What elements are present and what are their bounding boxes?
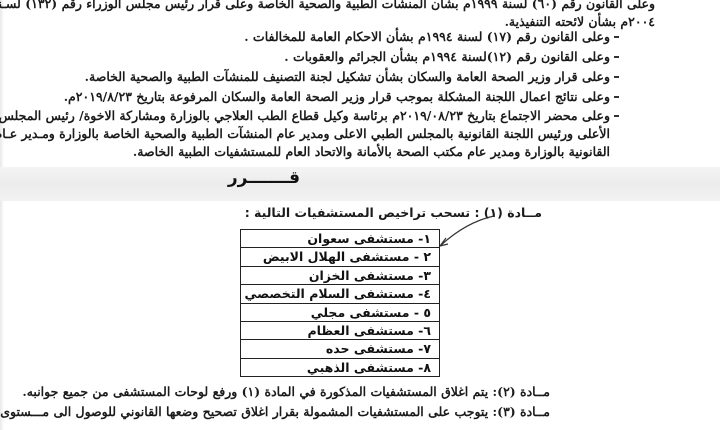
preamble-line: وعلى القانون رقم (١٢)لسنة ١٩٩٤م بشأن الج… bbox=[284, 49, 610, 65]
hospitals-table: ١- مستشفى سعوان ٢ - مستشفى الهلال الابيض… bbox=[240, 229, 440, 377]
decree-heading-band bbox=[0, 167, 720, 201]
bullet-dash-icon bbox=[614, 96, 619, 98]
document-page: وعلى القانون رقم (٦٠) لسنة ١٩٩٩م بشأن ال… bbox=[0, 0, 720, 430]
table-row: ١- مستشفى سعوان bbox=[241, 230, 439, 248]
table-row: ٢ - مستشفى الهلال الابيض bbox=[241, 248, 439, 266]
preamble-line: وعلى محضر الاجتماع بتاريخ ٢٠١٩/٠٨/٢٣م بر… bbox=[0, 108, 610, 124]
table-row: ٣- مستشفى الخزان bbox=[241, 267, 439, 285]
preamble-line: ٢٠٠٤م بشأن لائحته التنفيذية. bbox=[505, 14, 655, 30]
preamble-line: الأعلى ورئيس اللجنة القانونية بالمجلس ال… bbox=[0, 126, 610, 142]
page-edge-shadow bbox=[0, 0, 4, 430]
preamble-line: القانونية بالوزارة ومدير عام مكتب الصحة … bbox=[133, 144, 610, 160]
article-1: مــادة (١) : تسحب تراخيص المستشفيات التا… bbox=[245, 205, 542, 221]
article-3: مــادة (٣): يتوجب على المستشفيات المشمول… bbox=[0, 404, 550, 420]
preamble-line: وعلى نتائج اعمال اللجنة المشكلة بموجب قر… bbox=[64, 89, 610, 105]
decree-title: قـــــــرر bbox=[250, 168, 300, 188]
table-row: ٥ - مستشفى مجلي bbox=[241, 304, 439, 322]
bullet-dash-icon bbox=[614, 56, 619, 58]
table-row: ٦- مستشفى العظام bbox=[241, 322, 439, 340]
preamble-line: وعلى القانون رقم (١٧) لسنة ١٩٩٤م بشأن ال… bbox=[244, 29, 610, 45]
preamble-line: وعلى القانون رقم (٦٠) لسنة ١٩٩٩م بشأن ال… bbox=[0, 0, 655, 12]
bullet-dash-icon bbox=[614, 115, 619, 117]
bullet-dash-icon bbox=[614, 36, 619, 38]
table-row: ٧- مستشفى حده bbox=[241, 340, 439, 358]
bullet-dash-icon bbox=[614, 76, 619, 78]
table-row: ٨- مستشفى الذهبي bbox=[241, 359, 439, 376]
article-2: مــادة (٢): يتم اغلاق المستشفيات المذكور… bbox=[22, 384, 550, 400]
handwritten-arrow-icon bbox=[436, 212, 496, 252]
table-row: ٤- مستشفى السلام التخصصي bbox=[241, 285, 439, 303]
preamble-line: وعلى قرار وزير الصحة العامة والسكان بشأن… bbox=[85, 69, 610, 85]
